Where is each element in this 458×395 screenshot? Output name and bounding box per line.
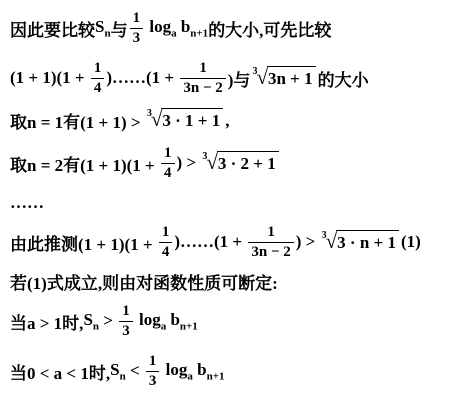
fraction: 14 [161,145,175,181]
subscripted-term: loga [161,360,192,382]
subscripted-term: bn+1 [177,17,209,39]
cube-root: 3√3n + 1 [252,66,315,91]
text-run: 因此要比较 [10,16,95,41]
denominator: 4 [161,164,175,182]
text-run: 的大小,可先比较 [208,16,331,41]
text-run: 当0 < a < 1时, [10,359,110,384]
text-run: 若(1)式成立,则由对函数性质可断定: [10,269,278,294]
text-run: < [126,361,144,381]
math-line-3: 取n = 1有(1 + 1) > 3√3 · 1 + 1, [10,103,454,138]
math-line-4: 取n = 2有(1 + 1)(1 + 14) > 3√3 · 2 + 1 [10,138,454,188]
fraction: 13 [146,353,160,389]
subscripted-term: Sn [83,310,99,332]
math-line-7: 若(1)式成立,则由对函数性质可断定: [10,267,454,296]
base-text: log [145,17,171,36]
denominator: 4 [91,79,105,97]
text-run: 取n = 1有(1 + 1) > [10,108,145,133]
base-text: b [177,17,191,36]
subscripted-term: bn+1 [166,310,198,332]
denominator: 3n − 2 [180,79,225,97]
math-document: 因此要比较Sn与13 loga bn+1的大小,可先比较(1 + 1)(1 + … [0,0,458,395]
denominator: 3 [146,372,160,390]
cube-root: 3√3 · n + 1 [322,230,399,255]
text-run: ) > [296,232,320,252]
denominator: 3 [130,29,144,47]
subscripted-term: bn+1 [193,360,225,382]
cube-root: 3√3 · 1 + 1 [147,108,223,133]
subscript-text: n+1 [190,27,208,39]
text-run: )……(1 + [174,232,246,252]
text-run: (1 + 1)(1 + [10,68,89,88]
subscript-text: n+1 [180,320,198,332]
text-run: ) > [177,153,201,173]
base-text: b [193,360,207,379]
subscripted-term: loga [145,17,176,39]
base-text: log [135,310,161,329]
text-run: 当a > 1时, [10,309,83,334]
denominator: 3 [119,322,133,340]
base-text: b [166,310,180,329]
math-line-2: (1 + 1)(1 + 14)……(1 + 13n − 2)与3√3n + 1的… [10,53,454,103]
radicand: 3 · n + 1 [336,230,399,255]
text-run: 与 [111,16,128,41]
text-run: > [99,311,117,331]
text-run: 的大小 [318,66,369,91]
numerator: 1 [159,224,173,243]
fraction: 14 [91,60,105,96]
numerator: 1 [248,224,293,243]
subscripted-term: Sn [110,360,126,382]
text-run: (1) [401,232,421,252]
numerator: 1 [180,60,225,79]
math-line-6: 由此推测(1 + 1)(1 + 14)……(1 + 13n − 2) > 3√3… [10,217,454,267]
fraction: 13 [119,303,133,339]
numerator: 1 [91,60,105,79]
math-line-1: 因此要比较Sn与13 loga bn+1的大小,可先比较 [10,3,454,53]
denominator: 3n − 2 [248,243,293,261]
numerator: 1 [130,10,144,29]
math-line-8: 当a > 1时,Sn > 13 loga bn+1 [10,296,454,346]
text-run: )……(1 + [106,68,178,88]
base-text: S [110,360,119,379]
math-line-5: …… [10,188,454,217]
radicand: 3 · 1 + 1 [161,108,223,133]
numerator: 1 [119,303,133,322]
fraction: 14 [159,224,173,260]
fraction: 13n − 2 [180,60,225,96]
fraction: 13 [130,10,144,46]
base-text: log [161,360,187,379]
radicand: 3 · 2 + 1 [217,151,279,176]
math-line-9: 当0 < a < 1时,Sn < 13 loga bn+1 [10,346,454,395]
radicand: 3n + 1 [267,66,316,91]
fraction: 13n − 2 [248,224,293,260]
subscript-text: n+1 [207,370,225,382]
text-run: …… [10,193,44,213]
numerator: 1 [161,145,175,164]
base-text: S [83,310,92,329]
text-run: )与 [228,66,251,91]
denominator: 4 [159,243,173,261]
text-run: , [225,111,229,131]
text-run: 由此推测(1 + 1)(1 + [10,230,157,255]
subscripted-term: loga [135,310,166,332]
subscripted-term: Sn [95,17,111,39]
numerator: 1 [146,353,160,372]
text-run: 取n = 2有(1 + 1)(1 + [10,151,159,176]
cube-root: 3√3 · 2 + 1 [202,151,278,176]
